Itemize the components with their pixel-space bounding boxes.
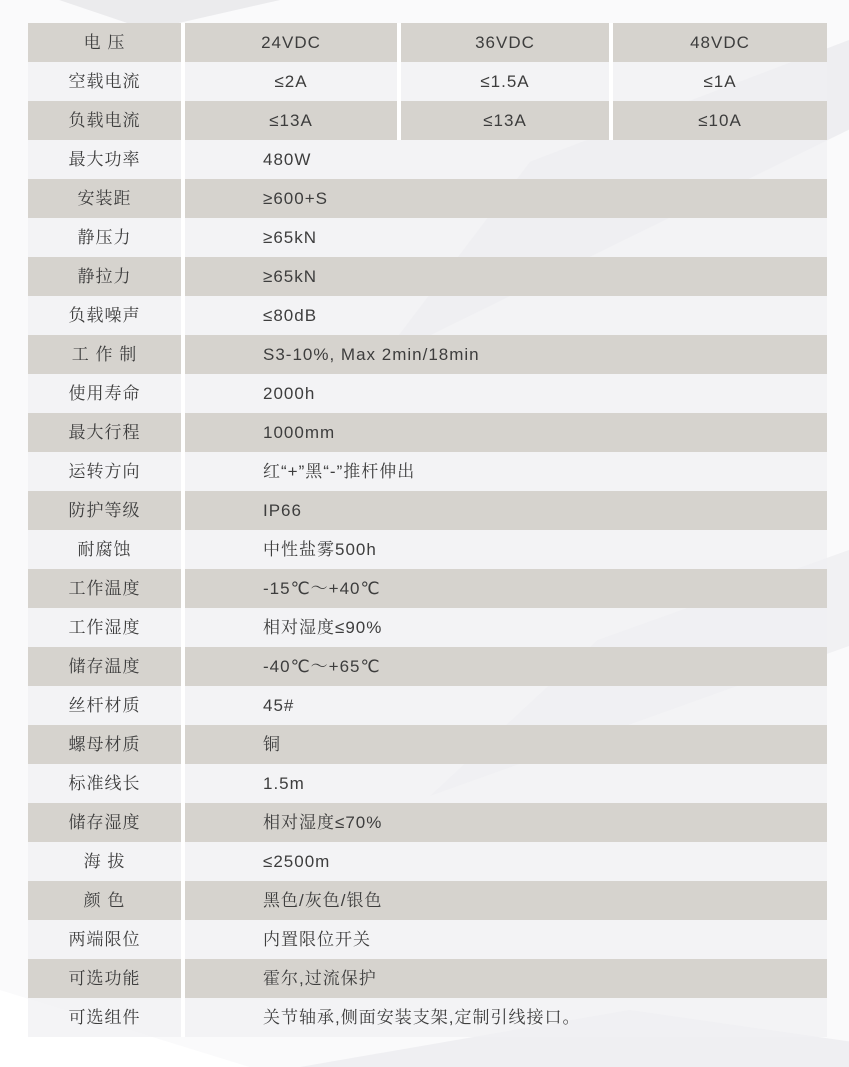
- row-value: ≤13A: [185, 101, 397, 140]
- row-value: ≤2A: [185, 62, 397, 101]
- row-label: 螺母材质: [28, 725, 181, 764]
- spec-table: 电 压 24VDC36VDC48VDC 空载电流 ≤2A≤1.5A≤1A 负载电…: [28, 23, 827, 1037]
- table-row: 工作温度 -15℃～+40℃: [28, 569, 827, 608]
- row-value: ≤2500m: [185, 842, 827, 881]
- table-row: 最大功率 480W: [28, 140, 827, 179]
- row-label: 海 拔: [28, 842, 181, 881]
- table-row: 负载电流 ≤13A≤13A≤10A: [28, 101, 827, 140]
- row-label: 可选功能: [28, 959, 181, 998]
- row-value: 45#: [185, 686, 827, 725]
- row-label: 两端限位: [28, 920, 181, 959]
- table-row: 螺母材质 铜: [28, 725, 827, 764]
- row-label: 工作温度: [28, 569, 181, 608]
- row-value: ≤13A: [401, 101, 609, 140]
- row-label: 储存温度: [28, 647, 181, 686]
- table-row: 负载噪声 ≤80dB: [28, 296, 827, 335]
- row-label: 电 压: [28, 23, 181, 62]
- row-value: ≥65kN: [185, 257, 827, 296]
- row-label: 工 作 制: [28, 335, 181, 374]
- table-row: 储存湿度 相对湿度≤70%: [28, 803, 827, 842]
- row-value: 关节轴承,侧面安装支架,定制引线接口。: [185, 998, 827, 1037]
- table-row: 静压力 ≥65kN: [28, 218, 827, 257]
- row-label: 负载噪声: [28, 296, 181, 335]
- row-value: 霍尔,过流保护: [185, 959, 827, 998]
- row-label: 工作湿度: [28, 608, 181, 647]
- row-label: 储存湿度: [28, 803, 181, 842]
- row-value: 480W: [185, 140, 827, 179]
- table-row: 电 压 24VDC36VDC48VDC: [28, 23, 827, 62]
- table-row: 防护等级 IP66: [28, 491, 827, 530]
- row-value: 中性盐雾500h: [185, 530, 827, 569]
- row-value: ≤1A: [613, 62, 827, 101]
- table-row: 海 拔 ≤2500m: [28, 842, 827, 881]
- row-value: ≥65kN: [185, 218, 827, 257]
- row-label: 空载电流: [28, 62, 181, 101]
- row-label: 安装距: [28, 179, 181, 218]
- row-value: 2000h: [185, 374, 827, 413]
- table-row: 最大行程 1000mm: [28, 413, 827, 452]
- row-label: 标准线长: [28, 764, 181, 803]
- row-label: 运转方向: [28, 452, 181, 491]
- row-value: 内置限位开关: [185, 920, 827, 959]
- row-value: 相对湿度≤70%: [185, 803, 827, 842]
- row-label: 可选组件: [28, 998, 181, 1037]
- row-label: 静压力: [28, 218, 181, 257]
- row-value: IP66: [185, 491, 827, 530]
- row-value: 24VDC: [185, 23, 397, 62]
- row-label: 最大功率: [28, 140, 181, 179]
- table-row: 可选组件 关节轴承,侧面安装支架,定制引线接口。: [28, 998, 827, 1037]
- table-row: 工作湿度 相对湿度≤90%: [28, 608, 827, 647]
- row-value: -15℃～+40℃: [185, 569, 827, 608]
- row-value: 铜: [185, 725, 827, 764]
- row-label: 静拉力: [28, 257, 181, 296]
- row-label: 颜 色: [28, 881, 181, 920]
- row-label: 最大行程: [28, 413, 181, 452]
- row-value: 红“+”黑“-”推杆伸出: [185, 452, 827, 491]
- table-row: 耐腐蚀 中性盐雾500h: [28, 530, 827, 569]
- row-value: 黑色/灰色/银色: [185, 881, 827, 920]
- row-value: 36VDC: [401, 23, 609, 62]
- row-label: 负载电流: [28, 101, 181, 140]
- table-row: 储存温度 -40℃～+65℃: [28, 647, 827, 686]
- row-value: 1000mm: [185, 413, 827, 452]
- row-value: S3-10%, Max 2min/18min: [185, 335, 827, 374]
- row-label: 丝杆材质: [28, 686, 181, 725]
- row-label: 防护等级: [28, 491, 181, 530]
- row-value: ≤80dB: [185, 296, 827, 335]
- table-row: 静拉力 ≥65kN: [28, 257, 827, 296]
- table-row: 安装距 ≥600+S: [28, 179, 827, 218]
- table-row: 丝杆材质 45#: [28, 686, 827, 725]
- table-row: 可选功能 霍尔,过流保护: [28, 959, 827, 998]
- row-label: 使用寿命: [28, 374, 181, 413]
- table-row: 空载电流 ≤2A≤1.5A≤1A: [28, 62, 827, 101]
- table-row: 标准线长 1.5m: [28, 764, 827, 803]
- row-value: -40℃～+65℃: [185, 647, 827, 686]
- table-row: 工 作 制 S3-10%, Max 2min/18min: [28, 335, 827, 374]
- row-value: 1.5m: [185, 764, 827, 803]
- row-value: ≤1.5A: [401, 62, 609, 101]
- row-value: 相对湿度≤90%: [185, 608, 827, 647]
- table-row: 运转方向 红“+”黑“-”推杆伸出: [28, 452, 827, 491]
- table-row: 两端限位 内置限位开关: [28, 920, 827, 959]
- row-label: 耐腐蚀: [28, 530, 181, 569]
- row-value: 48VDC: [613, 23, 827, 62]
- table-row: 使用寿命 2000h: [28, 374, 827, 413]
- row-value: ≤10A: [613, 101, 827, 140]
- table-row: 颜 色 黑色/灰色/银色: [28, 881, 827, 920]
- row-value: ≥600+S: [185, 179, 827, 218]
